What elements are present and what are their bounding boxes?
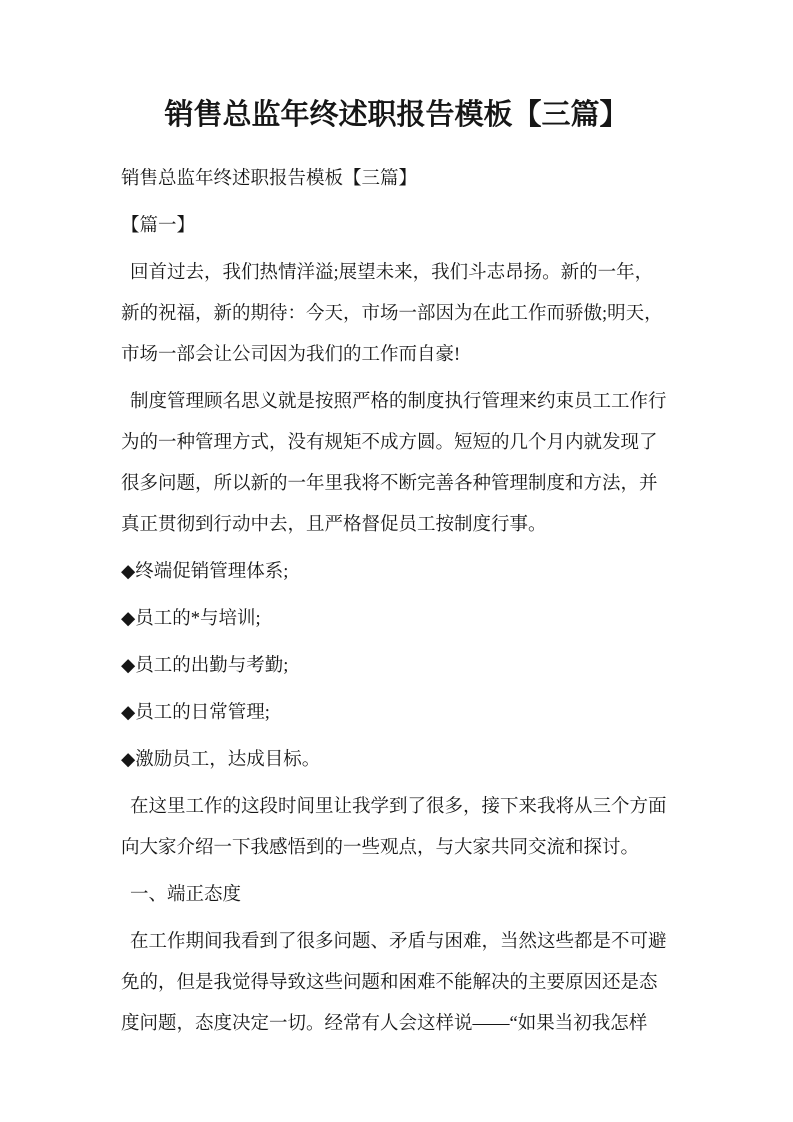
doc-subtitle: 销售总监年终述职报告模板【三篇】 bbox=[121, 159, 672, 200]
section-label: 【篇一】 bbox=[121, 206, 672, 247]
bullet-item: ◆员工的日常管理; bbox=[121, 693, 672, 734]
paragraph: 制度管理顾名思义就是按照严格的制度执行管理来约束员工工作行 为的一种管理方式，没… bbox=[121, 382, 672, 546]
bullet-item: ◆员工的出勤与考勤; bbox=[121, 646, 672, 687]
paragraph: 在这里工作的这段时间里让我学到了很多，接下来我将从三个方面 向大家介绍一下我感悟… bbox=[121, 787, 672, 869]
bullet-item: ◆终端促销管理体系; bbox=[121, 552, 672, 593]
section-heading: 一、端正态度 bbox=[121, 875, 672, 916]
paragraph: 回首过去，我们热情洋溢;展望未来，我们斗志昂扬。新的一年， 新的祝福，新的期待：… bbox=[121, 253, 672, 376]
document-title: 销售总监年终述职报告模板【三篇】 bbox=[121, 95, 672, 135]
document-body: 销售总监年终述职报告模板【三篇】【篇一】回首过去，我们热情洋溢;展望未来，我们斗… bbox=[0, 159, 793, 1045]
document-page: 销售总监年终述职报告模板【三篇】 销售总监年终述职报告模板【三篇】【篇一】回首过… bbox=[0, 0, 793, 1122]
bullet-item: ◆员工的*与培训; bbox=[121, 599, 672, 640]
bullet-item: ◆激励员工，达成目标。 bbox=[121, 740, 672, 781]
paragraph: 在工作期间我看到了很多问题、矛盾与困难，当然这些都是不可避 免的，但是我觉得导致… bbox=[121, 922, 672, 1045]
